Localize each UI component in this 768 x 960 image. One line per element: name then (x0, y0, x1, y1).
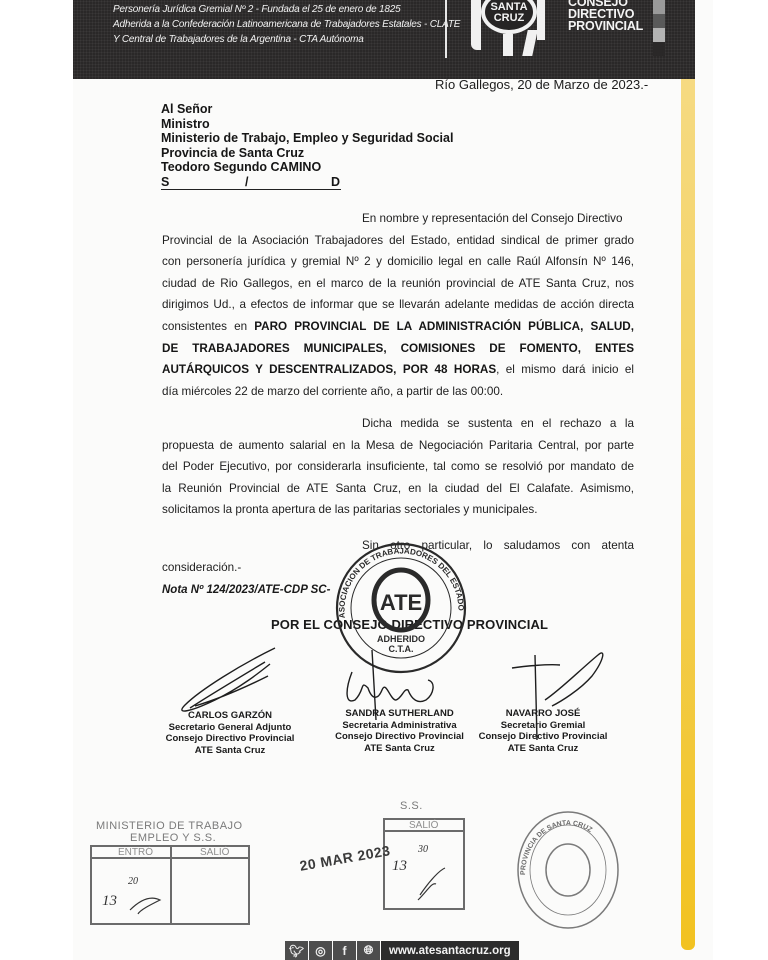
ate-logo: SANTA CRUZ (467, 0, 555, 57)
date-line: Río Gallegos, 20 de Marzo de 2023.- (435, 77, 648, 92)
council-label: CONSEJO DIRECTIVO PROVINCIAL (568, 0, 643, 32)
logo-text: SANTA CRUZ (485, 2, 533, 24)
addressee-line: Al Señor (161, 102, 453, 117)
letterhead-text: Personería Jurídica Gremial Nº 2 - Funda… (113, 2, 460, 47)
addressee-line: Provincia de Santa Cruz (161, 146, 453, 161)
website-link[interactable]: www.atesantacruz.org (381, 941, 519, 960)
closing: Sin otro particular, lo saludamos con at… (162, 535, 634, 578)
folder-edge (681, 0, 695, 950)
signatory-garzon: CARLOS GARZÓN Secretario General Adjunto… (160, 710, 300, 756)
addressee-line: Ministro (161, 117, 453, 132)
instagram-icon[interactable]: ◎ (309, 941, 332, 960)
twitter-icon[interactable]: 🐦︎ (285, 941, 308, 960)
decorative-checker (653, 0, 665, 58)
note-reference: Nota Nº 124/2023/ATE-CDP SC- (162, 584, 330, 596)
globe-icon[interactable]: 🌐︎ (357, 941, 380, 960)
stamp-header: MINISTERIO DE TRABAJO (96, 820, 243, 832)
addressee-line: Teodoro Segundo CAMINO (161, 160, 453, 175)
reception-stamp: ENTRÓ SALIÓ (90, 845, 250, 925)
addressee-line: Ministerio de Trabajo, Empleo y Segurida… (161, 131, 453, 146)
stamp-subheader-2: S.S. (400, 800, 423, 812)
exit-stamp: SALIÓ (383, 818, 465, 910)
letterhead-line: Adherida a la Confederación Latinoameric… (113, 17, 460, 32)
paragraph-1: En nombre y representación del Consejo D… (162, 208, 634, 402)
stamp-subheader: EMPLEO Y S.S. (130, 832, 216, 844)
letterhead-line: Y Central de Trabajadores de la Argentin… (113, 32, 460, 47)
footer-social-bar: 🐦︎ ◎ f 🌐︎ www.atesantacruz.org (285, 941, 519, 960)
paragraph-2: Dicha medida se sustenta en el rechazo a… (162, 413, 634, 521)
letterhead-banner: Personería Jurídica Gremial Nº 2 - Funda… (73, 0, 695, 79)
addressee-block: Al Señor Ministro Ministerio de Trabajo,… (161, 102, 453, 190)
facebook-icon[interactable]: f (333, 941, 356, 960)
letterhead-line: Personería Jurídica Gremial Nº 2 - Funda… (113, 2, 460, 17)
sd-line: S / D (161, 175, 341, 190)
signatory-navarro: NAVARRO JOSÉ Secretario Gremial Consejo … (478, 708, 608, 754)
council-signature-heading: POR EL CONSEJO DIRECTIVO PROVINCIAL (271, 617, 548, 632)
signatory-sutherland: SANDRA SUTHERLAND Secretaria Administrat… (332, 708, 467, 754)
header-divider (445, 0, 447, 58)
